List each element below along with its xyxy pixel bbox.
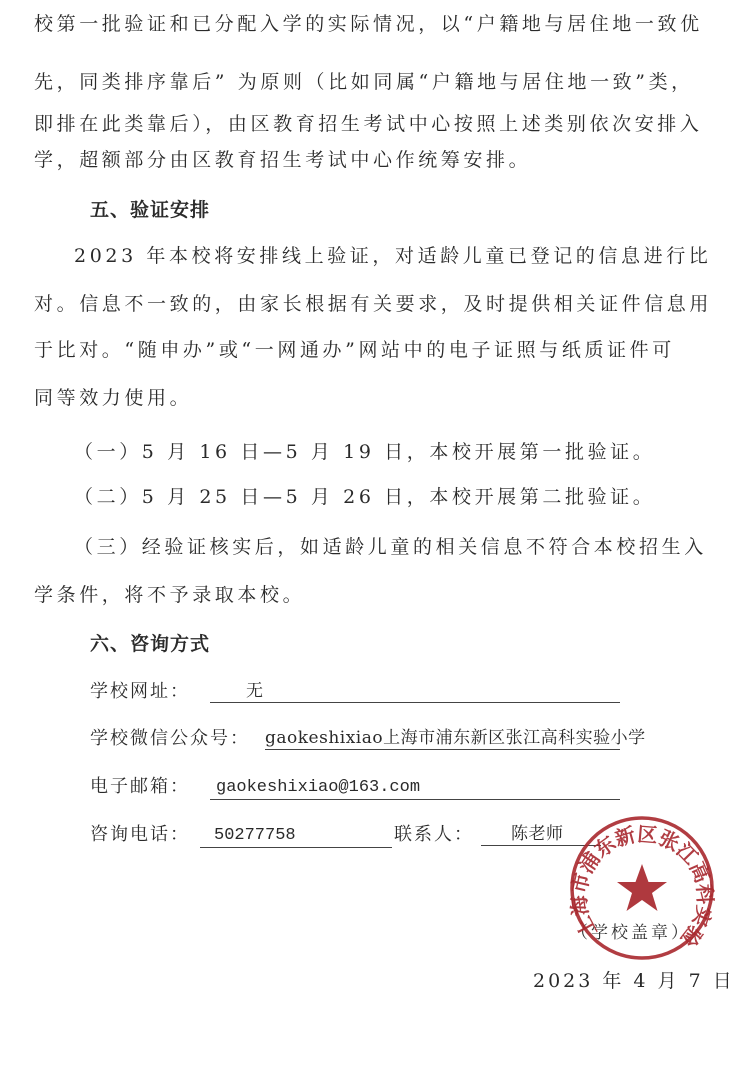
intro-line-3: 即排在此类靠后），由区教育招生考试中心按照上述类别依次安排入: [34, 112, 703, 136]
section5-line-3: 于比对。“随申办”或“一网通办”网站中的电子证照与纸质证件可: [34, 338, 675, 362]
intro-line-4: 学，超额部分由区教育招生考试中心作统筹安排。: [34, 148, 531, 172]
section6-heading: 六、咨询方式: [90, 632, 210, 656]
phone-value-text: 50277758: [200, 826, 296, 845]
intro-line-1: 校第一批验证和已分配入学的实际情况，以“户籍地与居住地一致优: [34, 12, 703, 36]
website-label: 学校网址：: [90, 680, 190, 704]
section5-line-2: 对。信息不一致的，由家长根据有关要求，及时提供相关证件信息用: [34, 292, 712, 316]
verification-item-3-cont: 学条件，将不予录取本校。: [34, 583, 305, 607]
school-seal-icon: 上海市浦东新区张江高科实验小学: [568, 814, 716, 962]
phone-label: 咨询电话：: [90, 823, 190, 847]
contact-label: 联系人：: [394, 823, 474, 847]
wechat-label: 学校微信公众号：: [90, 727, 250, 751]
email-value: gaokeshixiao@163.com: [210, 775, 620, 800]
email-value-text: gaokeshixiao@163.com: [210, 778, 420, 797]
section5-line-4: 同等效力使用。: [34, 386, 192, 410]
intro-line-2: 先，同类排序靠后” 为原则（比如同属“户籍地与居住地一致”类，: [34, 70, 694, 94]
verification-item-1: （一）5 月 16 日—5 月 19 日，本校开展第一批验证。: [74, 440, 655, 464]
website-value-text: 无: [210, 681, 264, 701]
verification-item-3: （三）经验证核实后，如适龄儿童的相关信息不符合本校招生入: [74, 535, 707, 559]
document-date: 2023 年 4 月 7 日: [533, 966, 735, 993]
wechat-value: gaokeshixiao上海市浦东新区张江高科实验小学: [265, 727, 620, 750]
section5-heading: 五、验证安排: [90, 198, 210, 222]
verification-item-2: （二）5 月 25 日—5 月 26 日，本校开展第二批验证。: [74, 485, 655, 509]
website-value: 无: [210, 680, 620, 703]
email-label: 电子邮箱：: [90, 775, 190, 799]
section5-line-1: 2023 年本校将安排线上验证，对适龄儿童已登记的信息进行比: [74, 244, 711, 268]
contact-value-text: 陈老师: [481, 824, 564, 844]
wechat-value-text: gaokeshixiao上海市浦东新区张江高科实验小学: [265, 728, 646, 748]
phone-value: 50277758: [200, 823, 392, 848]
